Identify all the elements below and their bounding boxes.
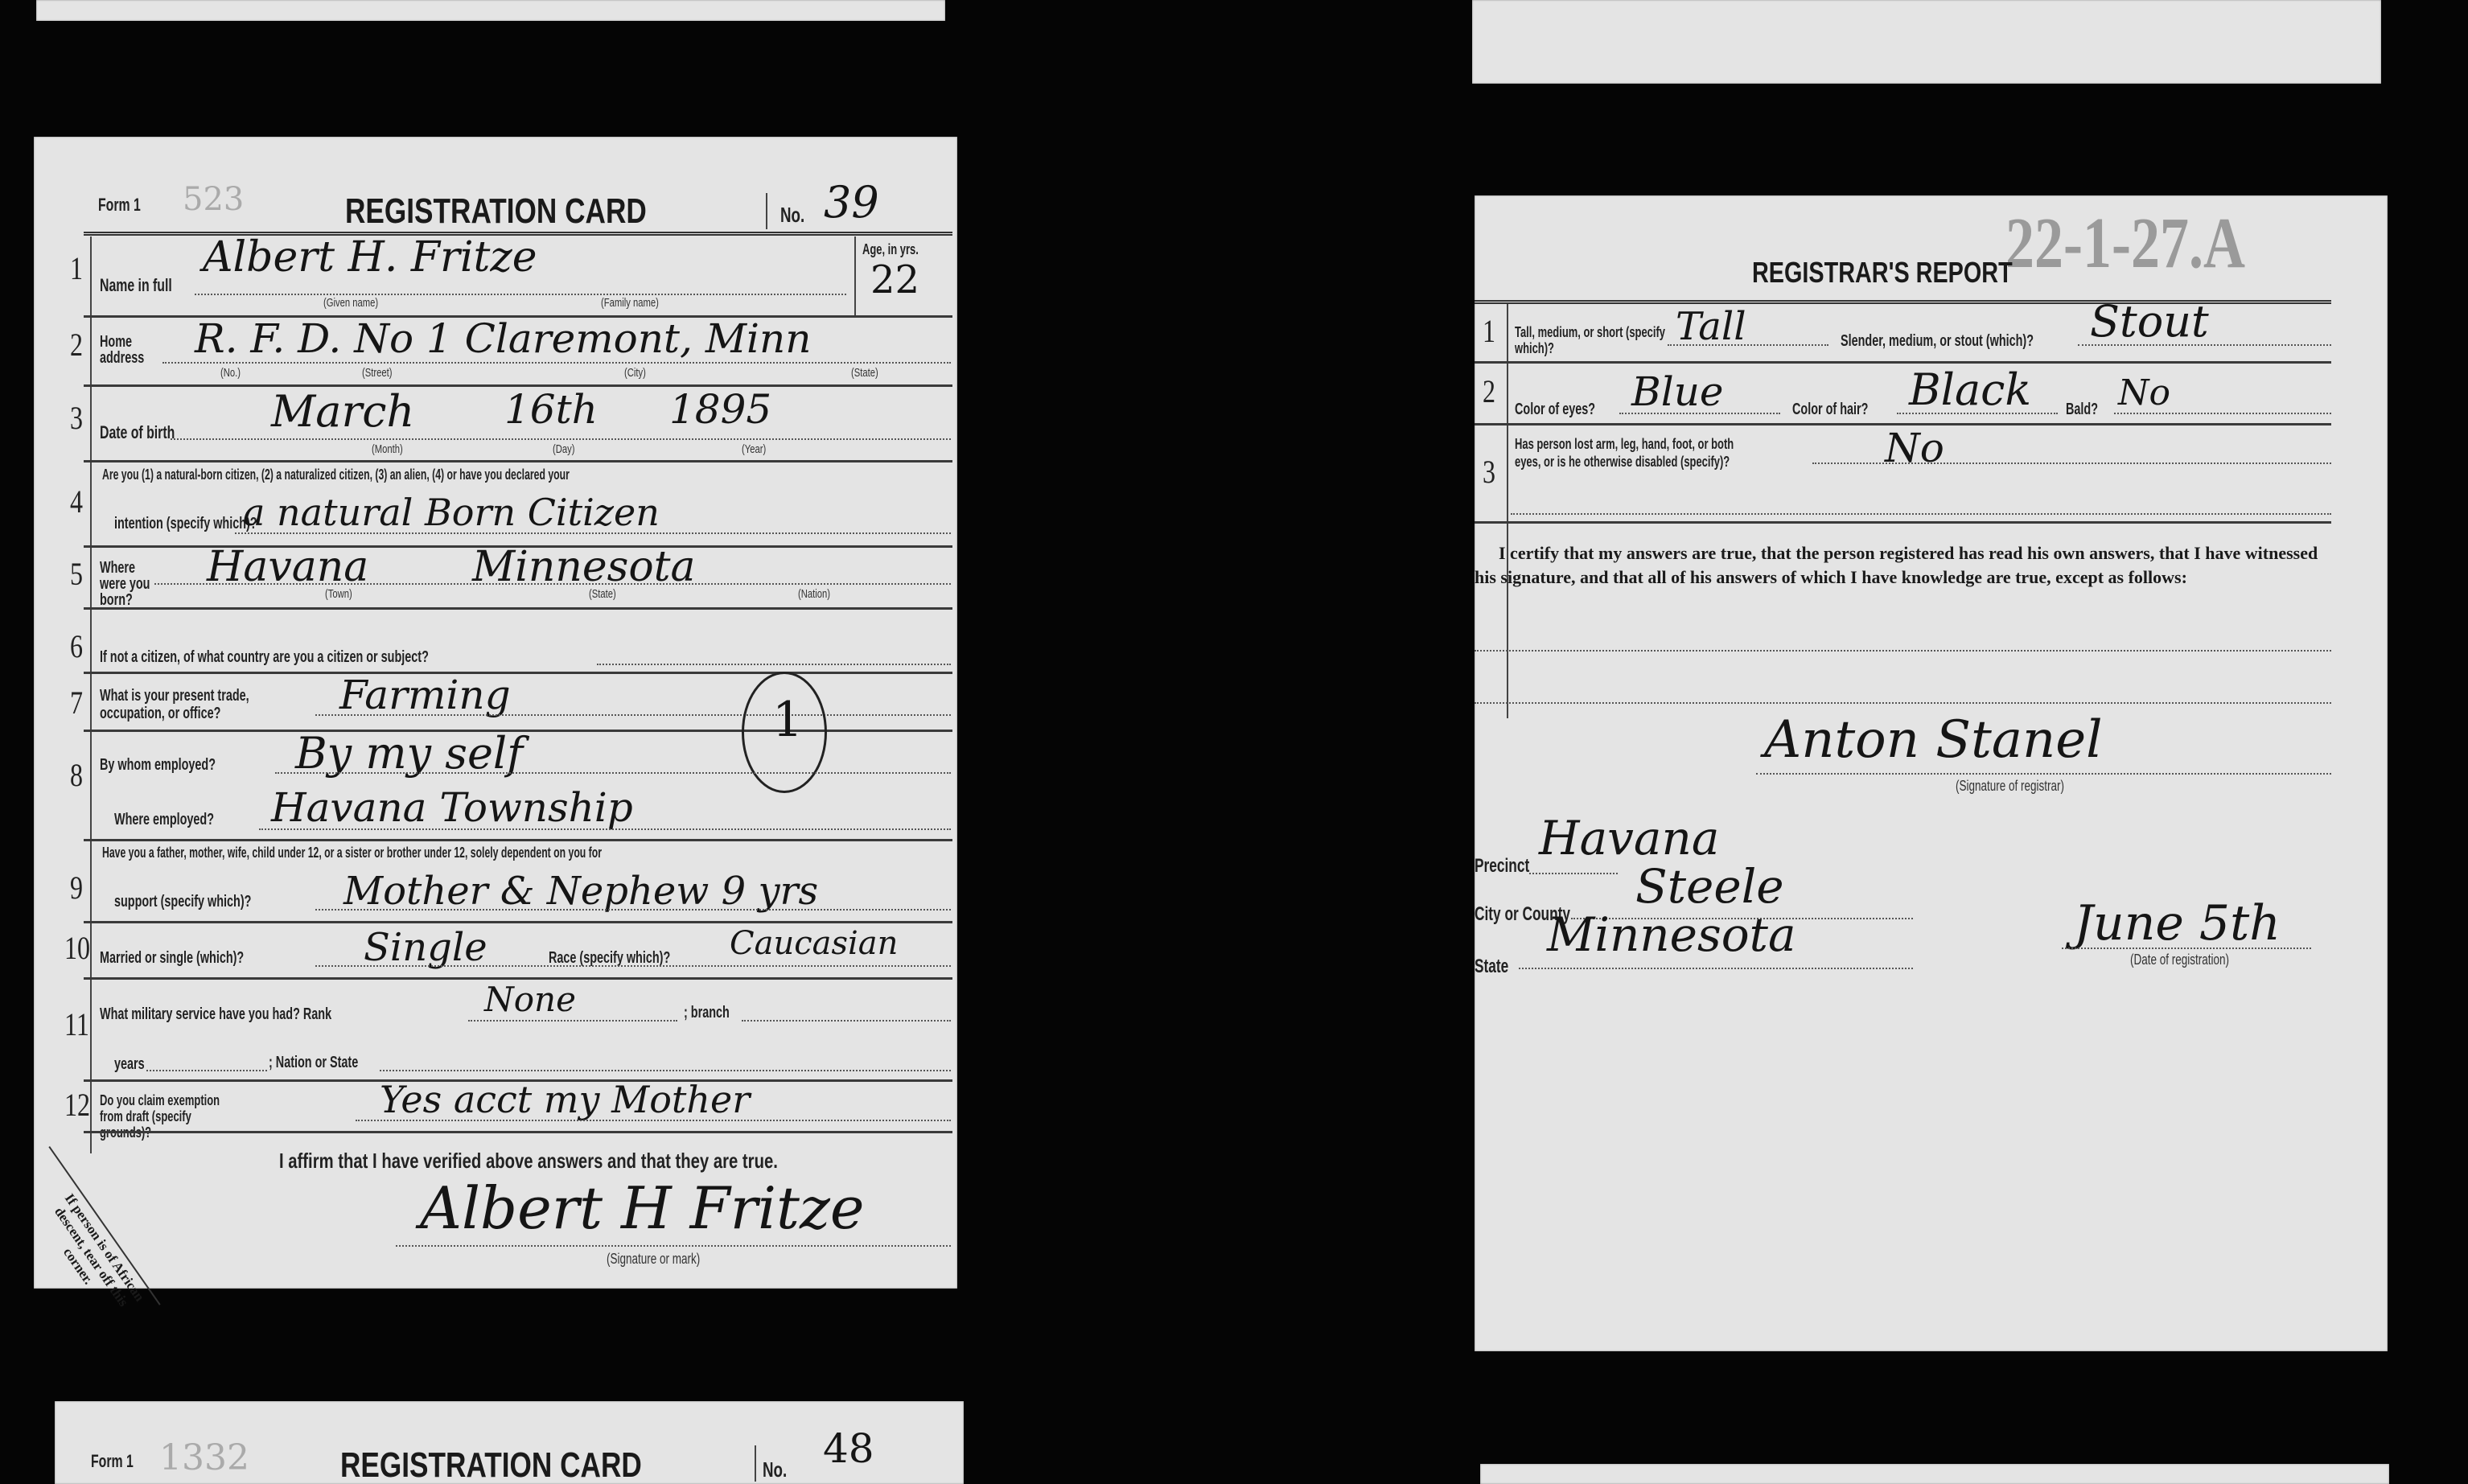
race-value: Caucasian — [730, 925, 898, 962]
name-value: Albert H. Fritze — [203, 233, 537, 282]
birth-day: 16th — [504, 386, 598, 433]
precinct-value: Havana — [1539, 811, 1719, 865]
address-value: R. F. D. No 1 Claremont, Minn — [195, 315, 811, 362]
work-place-value: Havana Township — [271, 784, 633, 831]
previous-report-edge — [1472, 0, 2381, 84]
hair-color-value: Black — [1909, 364, 2031, 415]
eye-color-value: Blue — [1631, 368, 1724, 415]
citizenship-value: a natural Born Citizen — [243, 491, 660, 534]
registrant-signature: Albert H Fritze — [420, 1174, 865, 1242]
birth-month: March — [271, 386, 414, 437]
build-value: Stout — [2090, 296, 2209, 347]
disability-value: No — [1885, 425, 1944, 471]
bald-value: No — [2118, 372, 2170, 413]
no-label: No. — [780, 203, 804, 228]
registration-card: Form 1 523 REGISTRATION CARD No. 39 1 Na… — [34, 137, 957, 1289]
exemption-value: Yes acct my Mother — [380, 1078, 750, 1121]
dependents-value: Mother & Nephew 9 yrs — [343, 869, 818, 914]
age-value: 22 — [870, 257, 919, 302]
employer-value: By my self — [295, 728, 523, 779]
form-label: Form 1 — [98, 195, 141, 216]
previous-card-edge — [36, 0, 945, 21]
registrars-report: 22-1-27.A REGISTRAR'S REPORT 1 Tall, med… — [1475, 195, 2388, 1351]
report-stamp: 22-1-27.A — [2005, 202, 2245, 285]
registrar-signature: Anton Stanel — [1764, 710, 2103, 770]
occupation-value: Farming — [339, 672, 511, 718]
affirmation-text: I affirm that I have verified above answ… — [279, 1149, 778, 1174]
height-value: Tall — [1676, 304, 1746, 349]
next-registration-card: Form 1 1332 REGISTRATION CARD No. 48 — [55, 1401, 964, 1484]
next-report-edge — [1480, 1464, 2389, 1484]
card-number: 39 — [824, 177, 879, 228]
serial-number: 523 — [183, 181, 244, 218]
card-title: REGISTRATION CARD — [345, 191, 647, 232]
birth-year: 1895 — [669, 386, 771, 433]
marital-status-value: Single — [364, 925, 487, 970]
report-title: REGISTRAR'S REPORT — [1752, 256, 2013, 290]
state-value: Minnesota — [1547, 907, 1796, 962]
registration-date: June 5th — [2074, 895, 2281, 952]
county-value: Steele — [1635, 859, 1784, 914]
military-rank-value: None — [484, 980, 576, 1019]
certification-text: I certify that my answers are true, that… — [1475, 541, 2331, 590]
tear-off-corner-note: If person is of African descent, tear of… — [35, 1190, 148, 1323]
